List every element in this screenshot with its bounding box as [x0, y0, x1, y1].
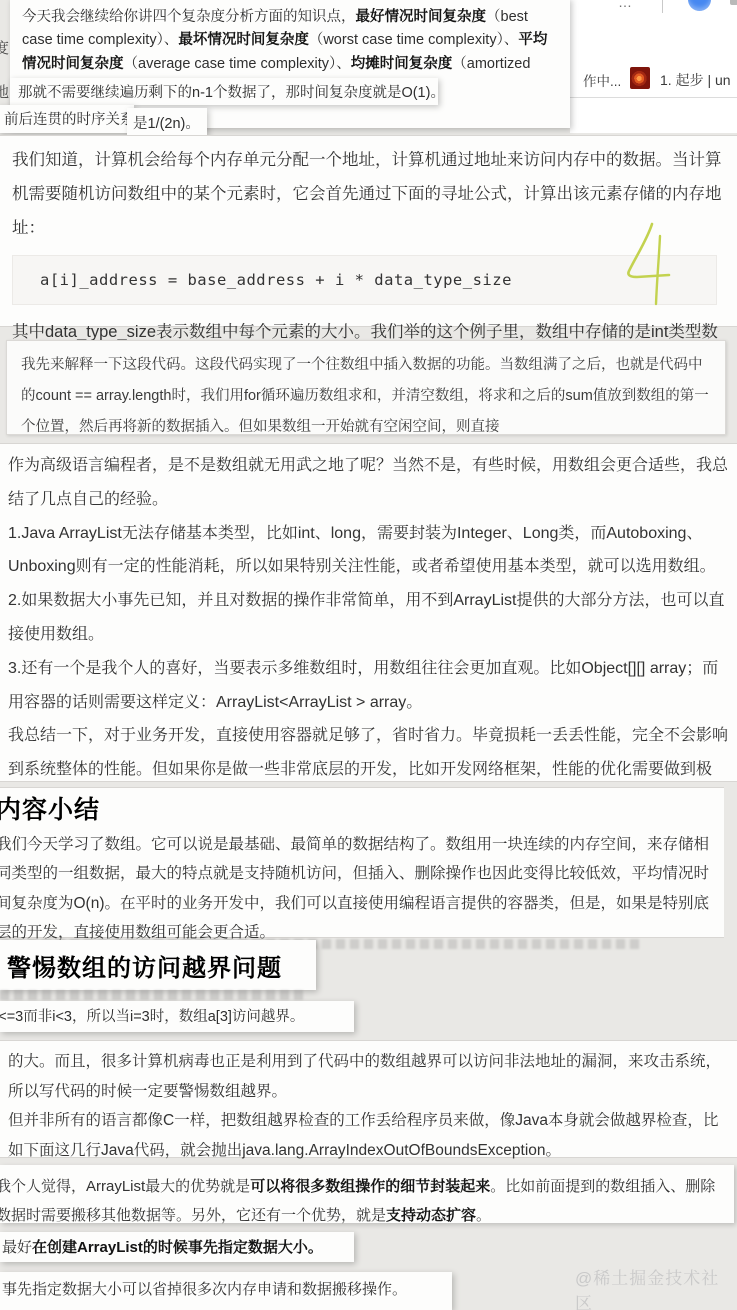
snippet-card-presize: 事先指定数据大小可以省掉很多次内存申请和数据搬移操作。: [0, 1272, 452, 1310]
snippet-card-bounds-heading: 警惕数组的访问越界问题: [0, 940, 316, 990]
watermark: @稀土掘金技术社区: [575, 1264, 737, 1310]
snippet-card-create-arraylist: 最好在创建ArrayList的时候事先指定数据大小。: [0, 1232, 354, 1262]
paragraph: 我先来解释一下这段代码。这段代码实现了一个往数组中插入数据的功能。当数组满了之后…: [21, 350, 711, 443]
paragraph: 我们知道，计算机会给每个内存单元分配一个地址，计算机通过地址来访问内存中的数据。…: [12, 143, 727, 245]
text-run: （average case time complexity）、: [124, 56, 351, 72]
paragraph: 的大。而且，很多计算机病毒也正是利用到了代码中的数组越界可以访问非法地址的漏洞，…: [8, 1047, 727, 1106]
paragraph: 2.如果数据大小事先已知，并且对数据的操作非常简单，用不到ArrayList提供…: [8, 584, 731, 652]
text-run: 最好: [2, 1239, 32, 1256]
content-block-bounds-explain: 的大。而且，很多计算机病毒也正是利用到了代码中的数组越界可以访问非法地址的漏洞，…: [0, 1040, 737, 1158]
content-block-addressing: 我们知道，计算机会给每个内存单元分配一个地址，计算机通过地址来访问内存中的数据。…: [0, 135, 737, 327]
bookmark-item[interactable]: 1. 起步 | un: [660, 70, 731, 90]
snippet-text: 事先指定数据大小可以省掉很多次内存申请和数据搬移操作。: [2, 1278, 448, 1299]
paragraph: 1.Java ArrayList无法存储基本类型，比如int、long，需要封装…: [8, 517, 731, 585]
profile-avatar-icon[interactable]: [688, 0, 711, 11]
text-run-bold: 在创建ArrayList的时候事先指定数据大小。: [32, 1239, 323, 1256]
text-run: 。: [476, 1207, 491, 1224]
screenshot-canvas: … 作中... 1. 起步 | un 度 地 今天我会继续给你讲四个复杂度分析方…: [0, 0, 737, 1310]
clipped-bg-text: 度: [0, 37, 9, 58]
section-heading-summary: 内容小结: [0, 790, 714, 826]
snippet-text: 前后连贯的时序关系: [4, 108, 132, 129]
content-block-code-explain: 我先来解释一下这段代码。这段代码实现了一个往数组中插入数据的功能。当数组满了之后…: [6, 340, 726, 435]
text-run-bold: 最坏情况时间复杂度: [178, 32, 309, 48]
text-run-bold: 支持动态扩容: [386, 1207, 476, 1224]
text-run: 我个人觉得，ArrayList最大的优势就是: [0, 1178, 250, 1195]
snippet-text: i<=3而非i<3，所以当i=3时，数组a[3]访问越界。: [0, 1005, 350, 1026]
paragraph: 3.还有一个是我个人的喜好，当要表示多维数组时，用数组往往会更加直观。比如Obj…: [8, 652, 731, 720]
paragraph: 我个人觉得，ArrayList最大的优势就是可以将很多数组操作的细节封装起来。比…: [0, 1173, 724, 1230]
text-run-bold: 可以将很多数组操作的细节封装起来: [250, 1178, 490, 1195]
snippet-card-bounds-example: i<=3而非i<3，所以当i=3时，数组a[3]访问越界。: [0, 1001, 354, 1032]
clipped-bg-text: 地: [0, 81, 9, 102]
browser-chrome-fragment: … 作中... 1. 起步 | un: [570, 0, 737, 133]
content-block-summary: 内容小结 我们今天学习了数组。它可以说是最基础、最简单的数据结构了。数组用一块连…: [0, 787, 724, 938]
snippet-card-o1: 那就不需要继续遍历剩下的n-1个数据了，那时间复杂度就是O(1)。: [10, 78, 438, 105]
bookmarks-bar-divider: [570, 97, 737, 98]
content-block-array-vs-container: 作为高级语言编程者，是不是数组就无用武之地了呢？当然不是，有些时候，用数组会更合…: [0, 443, 737, 782]
faded-text-remnant: [0, 990, 305, 1000]
paragraph: 但并非所有的语言都像C一样，把数组越界检查的工作丢给程序员来做，像Java本身就…: [8, 1106, 727, 1165]
content-block-arraylist-advantage: 我个人觉得，ArrayList最大的优势就是可以将很多数组操作的细节封装起来。比…: [0, 1165, 734, 1223]
snippet-text: 最好在创建ArrayList的时候事先指定数据大小。: [2, 1236, 350, 1257]
snippet-card-sequence: 前后连贯的时序关系: [0, 105, 134, 133]
paragraph: 我们今天学习了数组。它可以说是最基础、最简单的数据结构了。数组用一块连续的内存空…: [0, 830, 714, 948]
clipped-toolbar-icon: [730, 0, 737, 5]
paragraph: 作为高级语言编程者，是不是数组就无用武之地了呢？当然不是，有些时候，用数组会更合…: [8, 449, 731, 517]
bookmark-favicon-icon: [630, 67, 650, 89]
code-block-address-formula: a[i]_address = base_address + i * data_t…: [12, 255, 717, 305]
snippet-card-probability: 是1/(2n)。: [127, 108, 207, 137]
bookmark-item-partial[interactable]: 作中...: [583, 70, 621, 90]
text-run-bold: 均摊时间复杂度: [351, 56, 453, 72]
toolbar-divider: [662, 0, 663, 13]
overflow-menu-icon[interactable]: …: [618, 0, 634, 10]
section-heading-bounds: 警惕数组的访问越界问题: [7, 948, 312, 983]
text-run: 今天我会继续给你讲四个复杂度分析方面的知识点，: [22, 9, 356, 25]
text-run-bold: 最好情况时间复杂度: [356, 9, 487, 25]
snippet-text: 那就不需要继续遍历剩下的n-1个数据了，那时间复杂度就是O(1)。: [18, 81, 430, 102]
snippet-text: 是1/(2n)。: [133, 112, 203, 133]
text-run: （worst case time complexity）、: [309, 32, 519, 48]
